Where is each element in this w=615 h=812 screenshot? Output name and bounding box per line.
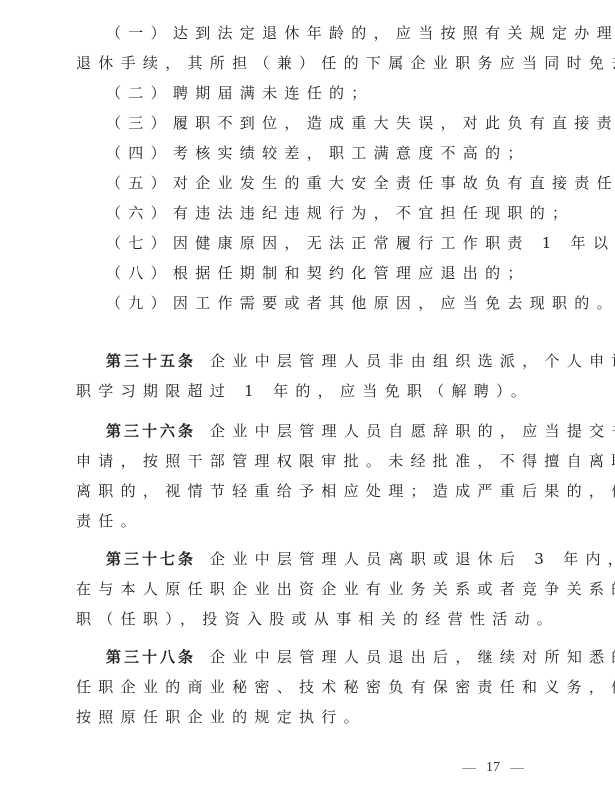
- article-text: 企业中层管理人员非由组织选派，个人申请离: [210, 352, 615, 370]
- article-37-line-1: 第三十七条企业中层管理人员离职或退休后 3 年内，不得: [106, 549, 568, 569]
- list-item-1: （一）达到法定退休年龄的，应当按照有关规定办理免职和: [106, 23, 568, 43]
- dash-decoration: [510, 768, 524, 769]
- list-item-3: （三）履职不到位，造成重大失误，对此负有直接责任的；: [106, 113, 568, 133]
- article-title: 第三十七条: [106, 550, 196, 568]
- article-text: 企业中层管理人员退出后，继续对所知悉的原: [210, 648, 615, 666]
- list-item-5: （五）对企业发生的重大安全责任事故负有直接责任的；: [106, 173, 568, 193]
- article-text: 企业中层管理人员自愿辞职的，应当提交书面: [210, 422, 615, 440]
- article-text: 企业中层管理人员离职或退休后 3 年内，不得: [210, 550, 615, 568]
- article-36-line-2: 申请，按照干部管理权限审批。未经批准，不得擅自离职。擅自: [76, 451, 538, 471]
- article-36-line-1: 第三十六条企业中层管理人员自愿辞职的，应当提交书面: [106, 421, 568, 441]
- list-item-7: （七）因健康原因，无法正常履行工作职责 1 年以上的；: [106, 233, 568, 253]
- page-footer: 17: [452, 760, 534, 776]
- article-title: 第三十八条: [106, 648, 196, 666]
- article-38-line-3: 按照原任职企业的规定执行。: [76, 707, 538, 727]
- list-item-4: （四）考核实绩较差，职工满意度不高的；: [106, 143, 568, 163]
- list-item-8: （八）根据任期制和契约化管理应退出的；: [106, 263, 568, 283]
- article-35-line-1: 第三十五条企业中层管理人员非由组织选派，个人申请离: [106, 351, 568, 371]
- list-item-1-cont: 退休手续，其所担（兼）任的下属企业职务应当同时免去；: [76, 53, 538, 73]
- article-35-line-2: 职学习期限超过 1 年的，应当免职（解聘）。: [76, 381, 538, 401]
- dash-decoration: [462, 768, 476, 769]
- article-37-line-2: 在与本人原任职企业出资企业有业务关系或者竞争关系的企业兼: [76, 579, 538, 599]
- list-item-6: （六）有违法违纪违规行为，不宜担任现职的；: [106, 203, 568, 223]
- article-38-line-1: 第三十八条企业中层管理人员退出后，继续对所知悉的原: [106, 647, 568, 667]
- document-page: （一）达到法定退休年龄的，应当按照有关规定办理免职和 退休手续，其所担（兼）任的…: [0, 0, 615, 812]
- page-number: 17: [486, 760, 500, 776]
- article-37-line-3: 职（任职），投资入股或从事相关的经营性活动。: [76, 609, 538, 629]
- article-title: 第三十五条: [106, 352, 196, 370]
- list-item-9: （九）因工作需要或者其他原因，应当免去现职的。: [106, 293, 568, 313]
- list-item-2: （二）聘期届满未连任的；: [106, 83, 568, 103]
- article-36-line-3: 离职的，视情节轻重给予相应处理；造成严重后果的，依法追究: [76, 481, 538, 501]
- article-36-line-4: 责任。: [76, 511, 538, 531]
- article-38-line-2: 任职企业的商业秘密、技术秘密负有保密责任和义务，保密期限: [76, 677, 538, 697]
- article-title: 第三十六条: [106, 422, 196, 440]
